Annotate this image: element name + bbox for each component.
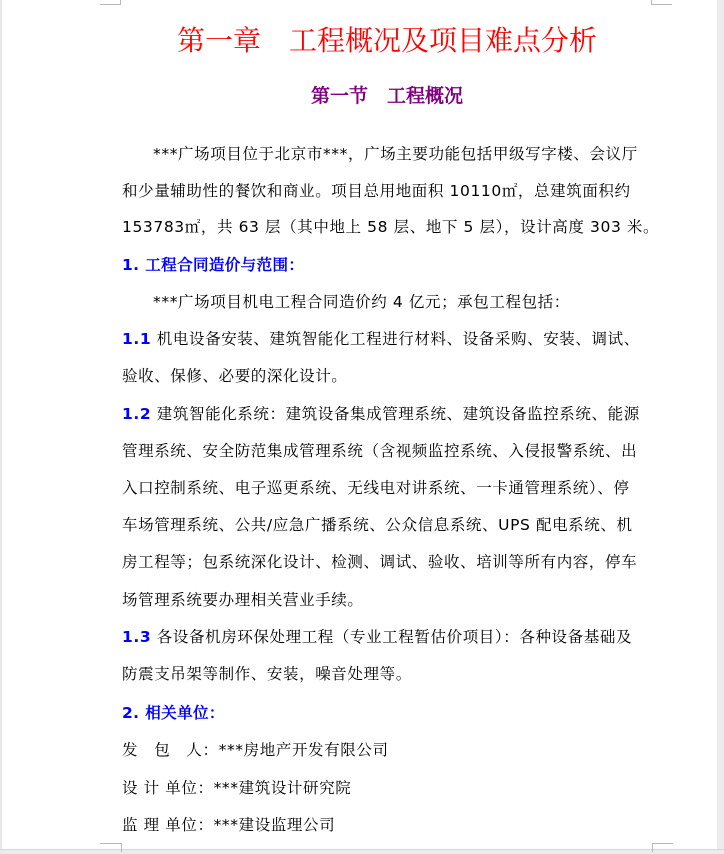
chapter-title: 第一章 工程概况及项目难点分析 [122,22,652,60]
contract-price-line: ***广场项目机电工程合同造价约 4 亿元；承包工程包括： [122,291,693,313]
unit-value: ***建筑设计研究院 [214,779,352,797]
item-continuation: 车场管理系统、公共/应急广播系统、公众信息系统、UPS 配电系统、机 [122,514,662,536]
item-1-2: 1.2 建筑智能化系统：建筑设备集成管理系统、建筑设备监控系统、能源 [122,403,662,425]
margin-corner-marker-top-left [100,0,121,5]
margin-corner-marker-bottom-right [652,843,673,852]
vertical-scrollbar-gutter[interactable] [717,0,724,854]
intro-line: 和少量辅助性的餐饮和商业。项目总用地面积 10110㎡，总建筑面积约 [122,180,662,202]
item-continuation: 场管理系统要办理相关营业手续。 [122,589,662,611]
unit-row-employer: 发 包 人：***房地产开发有限公司 [122,739,662,761]
section-title: 第一节 工程概况 [122,83,652,109]
margin-corner-marker-top-right [651,0,672,5]
unit-row-designer: 设 计 单位：***建筑设计研究院 [122,777,662,799]
unit-row-supervisor: 监 理 单位：***建设监理公司 [122,814,662,836]
item-text: 建筑智能化系统：建筑设备集成管理系统、建筑设备监控系统、能源 [157,405,640,423]
item-continuation: 房工程等；包系统深化设计、检测、调试、验收、培训等所有内容，停车 [122,551,662,573]
intro-line: ***广场项目位于北京市***，广场主要功能包括甲级写字楼、会议厅 [122,143,693,165]
unit-value: ***建设监理公司 [214,816,336,834]
item-1-3: 1.3 各设备机房环保处理工程（专业工程暂估价项目）：各种设备基础及 [122,626,662,648]
item-text: 机电设备安装、建筑智能化工程进行材料、设备采购、安装、调试、 [157,330,640,348]
item-continuation: 验收、保修、必要的深化设计。 [122,365,662,387]
item-continuation: 入口控制系统、电子巡更系统、无线电对讲系统、一卡通管理系统）、停 [122,477,662,499]
item-number: 1.3 [122,628,151,646]
unit-value: ***房地产开发有限公司 [219,741,389,759]
intro-line: 153783㎡，共 63 层（其中地上 58 层、地下 5 层），设计高度 30… [122,216,662,238]
item-continuation: 防震支吊架等制作、安装，噪音处理等。 [122,663,662,685]
item-1-1: 1.1 机电设备安装、建筑智能化工程进行材料、设备采购、安装、调试、 [122,328,662,350]
heading-related-units: 2. 相关单位： [122,702,662,724]
item-number: 1.1 [122,330,151,348]
heading-contract-scope: 1. 工程合同造价与范围： [122,254,662,276]
item-number: 1.2 [122,405,151,423]
item-text: 各设备机房环保处理工程（专业工程暂估价项目）：各种设备基础及 [157,628,632,646]
unit-label: 设 计 单位： [122,779,214,797]
unit-label: 发 包 人： [122,741,219,759]
item-continuation: 管理系统、安全防范集成管理系统（含视频监控系统、入侵报警系统、出 [122,440,662,462]
margin-corner-marker-bottom-left [100,843,122,852]
unit-label: 监 理 单位： [122,816,214,834]
